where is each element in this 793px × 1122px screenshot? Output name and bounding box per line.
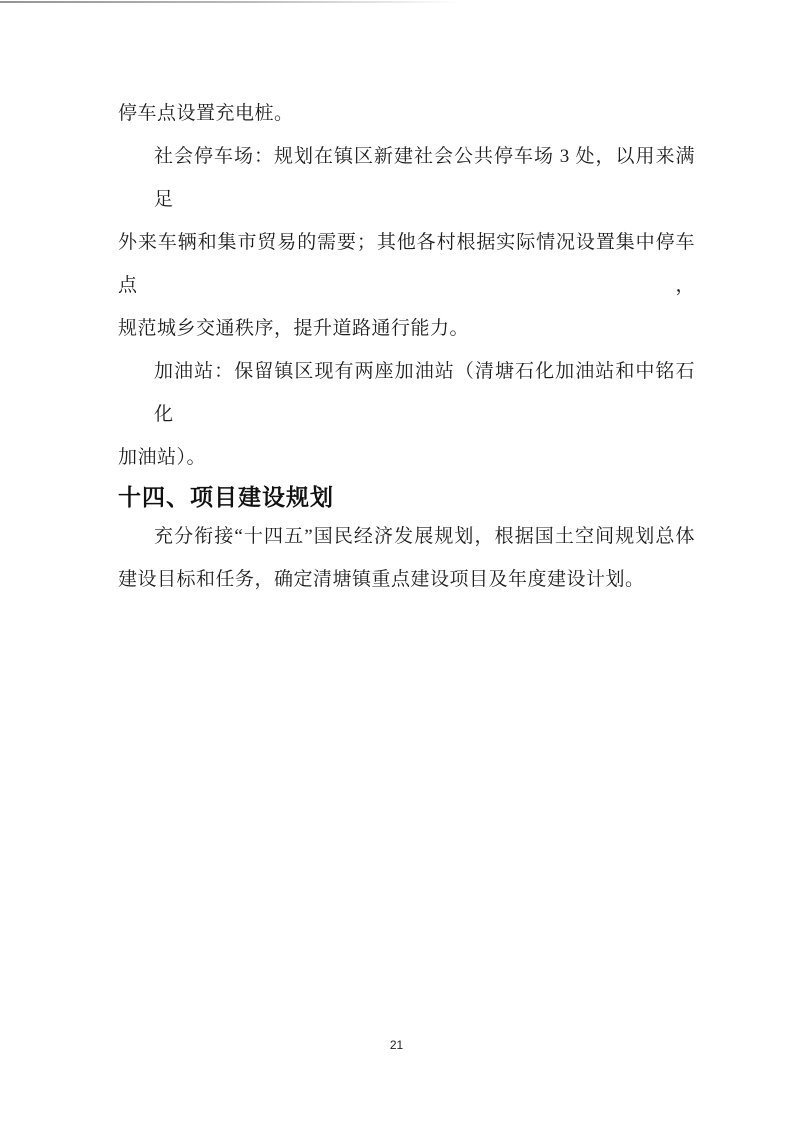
scan-artifact-line [0, 1, 460, 3]
document-body: 停车点设置充电桩。 社会停车场：规划在镇区新建社会公共停车场 3 处，以用来满足… [118, 92, 695, 601]
paragraph-line: 加油站）。 [118, 436, 695, 479]
document-page: 停车点设置充电桩。 社会停车场：规划在镇区新建社会公共停车场 3 处，以用来满足… [0, 0, 793, 1122]
page-number: 21 [0, 1038, 793, 1052]
paragraph-line: 社会停车场：规划在镇区新建社会公共停车场 3 处，以用来满足 [118, 135, 695, 221]
paragraph-line: 外来车辆和集市贸易的需要；其他各村根据实际情况设置集中停车点， [118, 221, 695, 307]
paragraph-line: 规范城乡交通秩序，提升道路通行能力。 [118, 307, 695, 350]
paragraph-line: 加油站：保留镇区现有两座加油站（清塘石化加油站和中铭石化 [118, 350, 695, 436]
section-heading: 十四、项目建设规划 [118, 479, 695, 515]
paragraph-line: 停车点设置充电桩。 [118, 92, 695, 135]
paragraph-line: 建设目标和任务，确定清塘镇重点建设项目及年度建设计划。 [118, 558, 695, 601]
paragraph-line: 充分衔接“十四五”国民经济发展规划，根据国土空间规划总体 [118, 515, 695, 558]
